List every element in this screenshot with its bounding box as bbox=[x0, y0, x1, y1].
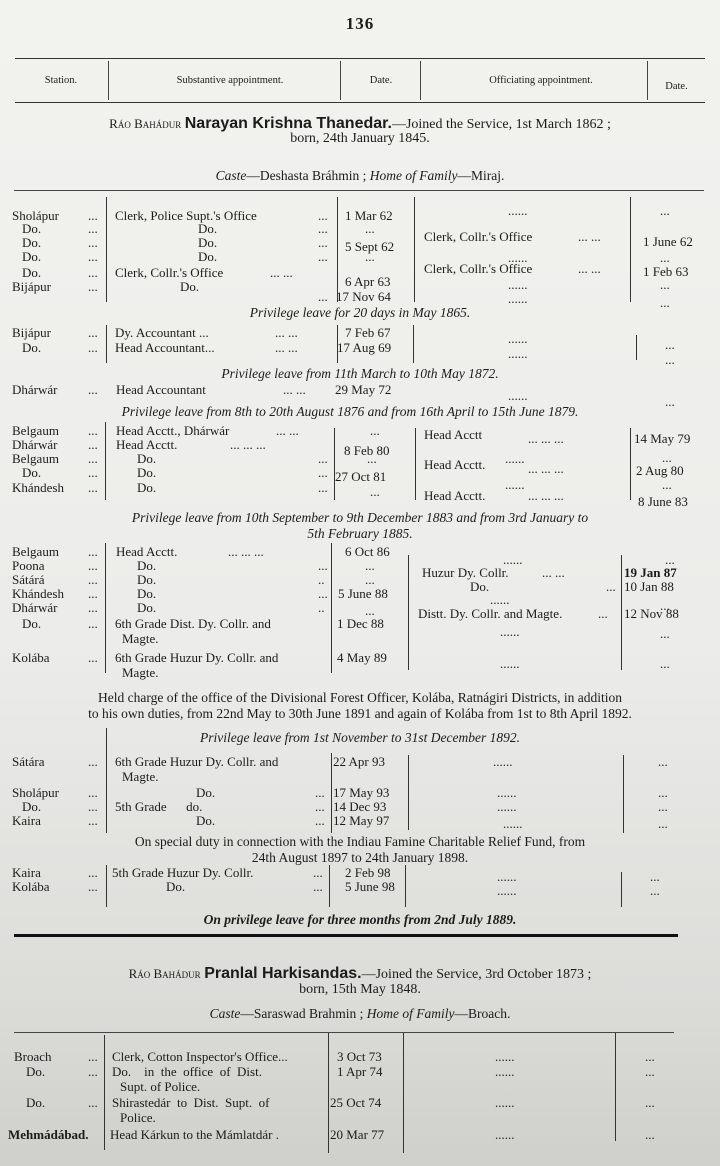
table-cell: Khándesh bbox=[12, 587, 64, 601]
table-cell: Magte. bbox=[122, 632, 158, 646]
home-value: —Broach. bbox=[455, 1006, 511, 1021]
table-cell: ... bbox=[88, 1096, 98, 1110]
table-cell: ... bbox=[88, 438, 98, 452]
table-cell: Do. bbox=[22, 466, 41, 480]
caste-label: Caste bbox=[210, 1006, 241, 1021]
table-cell: Khándesh bbox=[12, 481, 64, 495]
table-cell: ...... bbox=[495, 1065, 515, 1079]
table-row: Kolába... Do.... 5 June 98 ...... ... bbox=[0, 880, 720, 894]
table-cell: Dhárwár bbox=[12, 383, 57, 397]
table-cell: Sátárá bbox=[12, 573, 44, 587]
table-cell: ... bbox=[88, 1065, 98, 1079]
table-cell: ... bbox=[88, 601, 98, 615]
table-cell: ... bbox=[658, 800, 668, 814]
table-row: Bijápur... Dy. Accountant ...... ... 7 F… bbox=[0, 326, 720, 340]
table-cell: Clerk, Collr.'s Office bbox=[115, 266, 223, 280]
table-cell: Clerk, Police Supt.'s Office bbox=[115, 209, 257, 223]
table-cell: ... bbox=[318, 587, 328, 601]
table-cell: Do. in the office of Dist. bbox=[112, 1065, 262, 1079]
caste-label: Caste bbox=[216, 168, 247, 183]
table-cell: Do. bbox=[137, 587, 156, 601]
table-cell: ... bbox=[88, 617, 98, 631]
table-cell: Belgaum bbox=[12, 545, 59, 559]
table-cell: Do. bbox=[22, 250, 41, 264]
table-cell: Do. bbox=[196, 814, 215, 828]
table-row: Do.... Clerk, Collr.'s Office... ... 6 A… bbox=[0, 266, 720, 280]
table-cell: ... bbox=[318, 222, 328, 236]
officer-born: born, 15th May 1848. bbox=[0, 982, 720, 997]
table-cell: Do. bbox=[137, 481, 156, 495]
table-cell: ... bbox=[367, 452, 377, 466]
table-cell: 12 May 97 bbox=[333, 814, 389, 828]
table-cell: 6th Grade Dist. Dy. Collr. and bbox=[115, 617, 271, 631]
leave-note: Privilege leave from 11th March to 10th … bbox=[0, 366, 720, 381]
table-cell: 17 Nov 64 bbox=[336, 290, 391, 304]
table-rule bbox=[14, 1032, 674, 1033]
table-rule bbox=[108, 61, 109, 100]
table-cell: 25 Oct 74 bbox=[330, 1096, 381, 1110]
table-cell: ... bbox=[665, 353, 675, 367]
table-cell: Head Acctt. bbox=[116, 438, 177, 452]
table-cell: Kolába bbox=[12, 651, 50, 665]
special-note: Held charge of the office of the Divisio… bbox=[0, 690, 720, 705]
table-cell: 22 Apr 93 bbox=[333, 755, 385, 769]
table-cell: ... bbox=[660, 627, 670, 641]
table-cell: ... bbox=[660, 204, 670, 218]
table-cell: Do. bbox=[196, 786, 215, 800]
table-cell: Supt. of Police. bbox=[120, 1080, 200, 1094]
document-page: 136 Station. Substantive appointment. Da… bbox=[0, 0, 720, 1166]
table-row: Belgaum... Do.... ... Head Acctt.... ...… bbox=[0, 452, 720, 466]
table-cell: Sholápur bbox=[12, 786, 59, 800]
header-station: Station. bbox=[15, 59, 107, 102]
table-cell: ... bbox=[318, 452, 328, 466]
officer-title: Ráo Bahádur bbox=[129, 966, 201, 981]
table-cell: ... bbox=[370, 485, 380, 499]
table-cell: 6 Oct 86 bbox=[345, 545, 390, 559]
table-cell: ... bbox=[318, 250, 328, 264]
table-cell: Do. bbox=[22, 222, 41, 236]
table-cell: Do. bbox=[137, 466, 156, 480]
table-cell: ...... bbox=[500, 625, 520, 639]
table-cell: ... bbox=[88, 573, 98, 587]
table-cell: 17 Aug 69 bbox=[337, 341, 391, 355]
table-cell: Broach bbox=[14, 1050, 52, 1064]
table-row: Mehmádábad. Head Kárkun to the Mámlatdár… bbox=[0, 1128, 720, 1142]
table-row: Dhárwár... Do... ... Distt. Dy. Collr. a… bbox=[0, 601, 720, 615]
table-cell: 17 May 93 bbox=[333, 786, 389, 800]
table-row: Belgaum... Head Acctt., Dhárwár... ... .… bbox=[0, 424, 720, 438]
table-cell: ... ... ... bbox=[228, 545, 264, 559]
table-cell: ... bbox=[88, 383, 98, 397]
table-cell: ...... bbox=[508, 389, 528, 403]
table-cell: ... bbox=[315, 786, 325, 800]
table-rule bbox=[14, 190, 704, 191]
table-header: Station. Substantive appointment. Date. … bbox=[15, 58, 705, 103]
page-number: 136 bbox=[0, 14, 720, 34]
table-cell: Do. bbox=[137, 573, 156, 587]
table-cell: 5 June 88 bbox=[338, 587, 388, 601]
table-cell: Do. bbox=[22, 236, 41, 250]
table-row: Broach... Clerk, Cotton Inspector's Offi… bbox=[0, 1050, 720, 1064]
leave-note: Privilege leave for 20 days in May 1865. bbox=[0, 305, 720, 320]
table-row: Belgaum... Head Acctt.... ... ... 6 Oct … bbox=[0, 545, 720, 559]
table-cell: ...... bbox=[497, 884, 517, 898]
table-cell: ... bbox=[645, 1128, 655, 1142]
table-row: Do.... Do.... 5 Sept 62 ...... ... bbox=[0, 236, 720, 250]
table-cell: ... bbox=[88, 326, 98, 340]
table-cell: ...... bbox=[493, 755, 513, 769]
table-cell: Dhárwár bbox=[12, 438, 57, 452]
table-cell: ... bbox=[88, 452, 98, 466]
officer-joined: —Joined the Service, 3rd October 1873 ; bbox=[362, 967, 592, 982]
table-cell: Poona bbox=[12, 559, 45, 573]
leave-note-continued: 5th February 1885. bbox=[0, 526, 720, 541]
officer-caste-line: Caste—Deshasta Bráhmin ; Home of Family—… bbox=[0, 168, 720, 184]
table-cell: 3 Oct 73 bbox=[337, 1050, 382, 1064]
table-row: Do.... Head Accountant...... ... 17 Aug … bbox=[0, 341, 720, 355]
table-cell: ... bbox=[365, 573, 375, 587]
table-cell: Head Kárkun to the Mámlatdár . bbox=[110, 1128, 279, 1142]
table-cell: Dhárwár bbox=[12, 601, 57, 615]
table-cell: 8 June 83 bbox=[638, 495, 688, 509]
header-date: Date. bbox=[341, 59, 421, 102]
table-cell: ... bbox=[88, 866, 98, 880]
table-cell: ... bbox=[88, 880, 98, 894]
caste-value: —Saraswad Brahmin ; bbox=[240, 1006, 363, 1021]
table-cell: ... bbox=[88, 250, 98, 264]
table-cell: ... bbox=[88, 424, 98, 438]
officer-caste-line: Caste—Saraswad Brahmin ; Home of Family—… bbox=[0, 1006, 720, 1022]
officer-title: Ráo Bahádur bbox=[109, 116, 181, 131]
table-cell: ... bbox=[88, 651, 98, 665]
table-row: Khándesh... Do.... 5 June 88 ...... ... bbox=[0, 587, 720, 601]
table-cell: Do. bbox=[22, 266, 41, 280]
table-cell: ... bbox=[365, 250, 375, 264]
header-substantive: Substantive appointment. bbox=[110, 59, 350, 102]
officer-heading: Ráo Bahádur Pranlal Harkisandas.—Joined … bbox=[0, 966, 720, 982]
table-cell: Sátára bbox=[12, 755, 44, 769]
table-cell: Do. bbox=[26, 1065, 45, 1079]
table-cell: 4 May 89 bbox=[337, 651, 387, 665]
table-cell: ...... bbox=[503, 817, 523, 831]
home-label: Home of Family bbox=[367, 1006, 455, 1021]
officer-name: Pranlal Harkisandas. bbox=[204, 965, 361, 982]
table-cell: ... bbox=[318, 236, 328, 250]
table-cell: ... bbox=[660, 657, 670, 671]
officer-name: Narayan Krishna Thanedar. bbox=[185, 115, 392, 132]
table-cell: ... bbox=[658, 755, 668, 769]
officer-born: born, 24th January 1845. bbox=[0, 131, 720, 146]
table-cell: ... ... bbox=[275, 326, 298, 340]
table-row: Do.... Do. in the office of Dist. Supt. … bbox=[0, 1065, 720, 1079]
table-cell: ... bbox=[318, 559, 328, 573]
table-cell: 5th Grade Huzur Dy. Collr. bbox=[112, 866, 253, 880]
table-cell: ...... bbox=[508, 204, 528, 218]
leave-note: Privilege leave from 8th to 20th August … bbox=[0, 404, 710, 419]
table-cell: ... bbox=[318, 481, 328, 495]
table-cell: Bijápur bbox=[12, 326, 51, 340]
table-cell: .. bbox=[318, 573, 325, 587]
table-cell: ...... bbox=[495, 1050, 515, 1064]
table-cell: ... bbox=[88, 559, 98, 573]
table-cell: ... bbox=[645, 1065, 655, 1079]
table-cell: ...... bbox=[495, 1128, 515, 1142]
table-cell: ... ... bbox=[283, 383, 306, 397]
table-cell: Do. bbox=[137, 601, 156, 615]
table-cell: ... bbox=[365, 559, 375, 573]
table-cell: ... bbox=[88, 222, 98, 236]
table-row: Do.... Shirastedár to Dist. Supt. of Pol… bbox=[0, 1096, 720, 1110]
table-cell: ... bbox=[88, 814, 98, 828]
table-cell: ... bbox=[318, 290, 328, 304]
table-row: Sholápur... Do.... 17 May 93 ...... ... bbox=[0, 786, 720, 800]
table-cell: ... bbox=[88, 545, 98, 559]
header-date-2: Date. bbox=[648, 65, 705, 108]
table-row: Poona... Do.... ... Huzur Dy. Collr.... … bbox=[0, 559, 720, 573]
table-cell: ... bbox=[658, 786, 668, 800]
table-cell: Do. bbox=[137, 452, 156, 466]
caste-value: —Deshasta Bráhmin ; bbox=[246, 168, 366, 183]
table-cell: ... bbox=[645, 1096, 655, 1110]
header-officiating: Officiating appointment. bbox=[421, 59, 661, 102]
table-cell: Head Acctt., Dhárwár bbox=[116, 424, 229, 438]
special-note: On special duty in connection with the I… bbox=[0, 834, 720, 849]
table-cell: Shirastedár to Dist. Supt. of bbox=[112, 1096, 269, 1110]
special-note-continued: to his own duties, from 22nd May to 30th… bbox=[0, 706, 720, 721]
table-cell: Do. bbox=[198, 236, 217, 250]
table-cell: 6th Grade Huzur Dy. Collr. and bbox=[115, 755, 278, 769]
table-row: Kaira... Do.... 12 May 97 ...... ... bbox=[0, 814, 720, 828]
table-cell: ...... bbox=[508, 347, 528, 361]
table-cell: ... ... bbox=[276, 424, 299, 438]
table-cell: ... bbox=[315, 800, 325, 814]
table-row: Kolába... 6th Grade Huzur Dy. Collr. and… bbox=[0, 651, 720, 665]
table-cell: ... bbox=[88, 800, 98, 814]
table-cell: Head Accountant bbox=[116, 383, 206, 397]
table-cell: Do. bbox=[137, 559, 156, 573]
table-cell: ...... bbox=[508, 292, 528, 306]
home-label: Home of Family bbox=[370, 168, 458, 183]
table-cell: ... bbox=[313, 880, 323, 894]
table-cell: ... bbox=[315, 814, 325, 828]
table-cell: 14 Dec 93 bbox=[333, 800, 386, 814]
home-value: —Miraj. bbox=[457, 168, 504, 183]
table-cell: Magte. bbox=[122, 666, 158, 680]
table-cell: Head Acctt. bbox=[424, 489, 485, 503]
table-cell: ...... bbox=[497, 800, 517, 814]
table-cell: ... bbox=[88, 466, 98, 480]
leave-note: Privilege leave from 10th September to 9… bbox=[0, 510, 720, 525]
table-cell: Do. bbox=[198, 250, 217, 264]
special-note-continued: 24th August 1897 to 24th January 1898. bbox=[0, 850, 720, 865]
table-row: Kaira... 5th Grade Huzur Dy. Collr.... 2… bbox=[0, 866, 720, 880]
table-row: Khándesh... Do.... ... Head Acctt.... ..… bbox=[0, 481, 720, 495]
table-cell: ... ... bbox=[275, 341, 298, 355]
table-cell: ... bbox=[88, 587, 98, 601]
table-cell: Do. bbox=[198, 222, 217, 236]
table-cell: Do. bbox=[166, 880, 185, 894]
table-cell: Bijápur bbox=[12, 280, 51, 294]
table-row: Do.... 6th Grade Dist. Dy. Collr. and Ma… bbox=[0, 617, 720, 631]
leave-note: On privilege leave for three months from… bbox=[0, 912, 720, 927]
table-row: Do.... Do.... 27 Oct 81 ...... ... bbox=[0, 466, 720, 480]
table-cell: 29 May 72 bbox=[335, 383, 391, 397]
table-cell: Do. bbox=[180, 280, 199, 294]
table-cell: 5th Grade do. bbox=[115, 800, 202, 814]
table-cell: ...... bbox=[500, 657, 520, 671]
table-cell: Kolába bbox=[12, 880, 50, 894]
table-cell: Do. bbox=[22, 617, 41, 631]
table-cell: Belgaum bbox=[12, 424, 59, 438]
table-cell: ... bbox=[88, 266, 98, 280]
table-row: Do.... Do.... ... Clerk, Collr.'s Office… bbox=[0, 250, 720, 264]
table-cell: 2 Feb 98 bbox=[345, 866, 391, 880]
table-cell: ... bbox=[318, 466, 328, 480]
table-cell: 5 June 98 bbox=[345, 880, 395, 894]
table-cell: ... bbox=[370, 424, 380, 438]
table-cell: Belgaum bbox=[12, 452, 59, 466]
table-cell: .. bbox=[318, 601, 325, 615]
table-cell: ... bbox=[365, 222, 375, 236]
table-cell: ... bbox=[645, 1050, 655, 1064]
table-row: Sholápur... Clerk, Police Supt.'s Office… bbox=[0, 209, 720, 223]
leave-note: Privilege leave from 1st November to 31s… bbox=[0, 730, 720, 745]
table-cell: ... bbox=[88, 1050, 98, 1064]
table-cell: ...... bbox=[497, 786, 517, 800]
table-cell: Magte. bbox=[122, 770, 158, 784]
table-row: Do.... 5th Grade do.... 14 Dec 93 ......… bbox=[0, 800, 720, 814]
officer-heading: Ráo Bahádur Narayan Krishna Thanedar.—Jo… bbox=[0, 116, 720, 132]
table-cell: ... ... bbox=[270, 266, 293, 280]
table-cell: Kaira bbox=[12, 814, 41, 828]
table-cell: Kaira bbox=[12, 866, 41, 880]
table-cell: ... bbox=[88, 755, 98, 769]
table-cell: Do. bbox=[22, 800, 41, 814]
table-cell: 20 Mar 77 bbox=[330, 1128, 384, 1142]
table-row: Do.... Do.... ... Clerk, Collr.'s Office… bbox=[0, 222, 720, 236]
table-row: Sátárá... Do... ... Do.... 10 Jan 88 bbox=[0, 573, 720, 587]
table-row: Dhárwár... Head Acctt.... ... ... 8 Feb … bbox=[0, 438, 720, 452]
table-cell: ... bbox=[658, 817, 668, 831]
table-cell: Mehmádábad. bbox=[8, 1128, 89, 1142]
table-row: Sátára... 6th Grade Huzur Dy. Collr. and… bbox=[0, 755, 720, 769]
table-cell: Head Accountant... bbox=[115, 341, 215, 355]
table-cell: ... bbox=[313, 866, 323, 880]
table-cell: ...... bbox=[495, 1096, 515, 1110]
table-cell: ... bbox=[650, 884, 660, 898]
table-cell: Do. bbox=[26, 1096, 45, 1110]
table-cell: 1 Dec 88 bbox=[337, 617, 384, 631]
table-cell: ... ... ... bbox=[230, 438, 266, 452]
table-cell: ... bbox=[88, 341, 98, 355]
table-cell: Clerk, Cotton Inspector's Office... bbox=[112, 1050, 288, 1064]
table-rule bbox=[14, 934, 678, 937]
table-cell: Dy. Accountant ... bbox=[115, 326, 209, 340]
table-cell: ... bbox=[88, 236, 98, 250]
officer-joined: —Joined the Service, 1st March 1862 ; bbox=[392, 117, 611, 132]
table-cell: ... bbox=[88, 280, 98, 294]
table-row: Bijápur... Do. ... 17 Nov 64 ...... ... bbox=[0, 280, 720, 294]
table-cell: ... ... ... bbox=[528, 489, 564, 503]
table-cell: 1 Apr 74 bbox=[337, 1065, 383, 1079]
table-cell: Police. bbox=[120, 1111, 156, 1125]
table-row: Dhárwár... Head Accountant... ... 29 May… bbox=[0, 383, 720, 397]
table-cell: ... bbox=[88, 786, 98, 800]
table-cell: ... bbox=[88, 481, 98, 495]
table-cell: 7 Feb 67 bbox=[345, 326, 391, 340]
table-cell: Head Acctt. bbox=[116, 545, 177, 559]
table-cell: 6th Grade Huzur Dy. Collr. and bbox=[115, 651, 278, 665]
table-cell: Do. bbox=[22, 341, 41, 355]
